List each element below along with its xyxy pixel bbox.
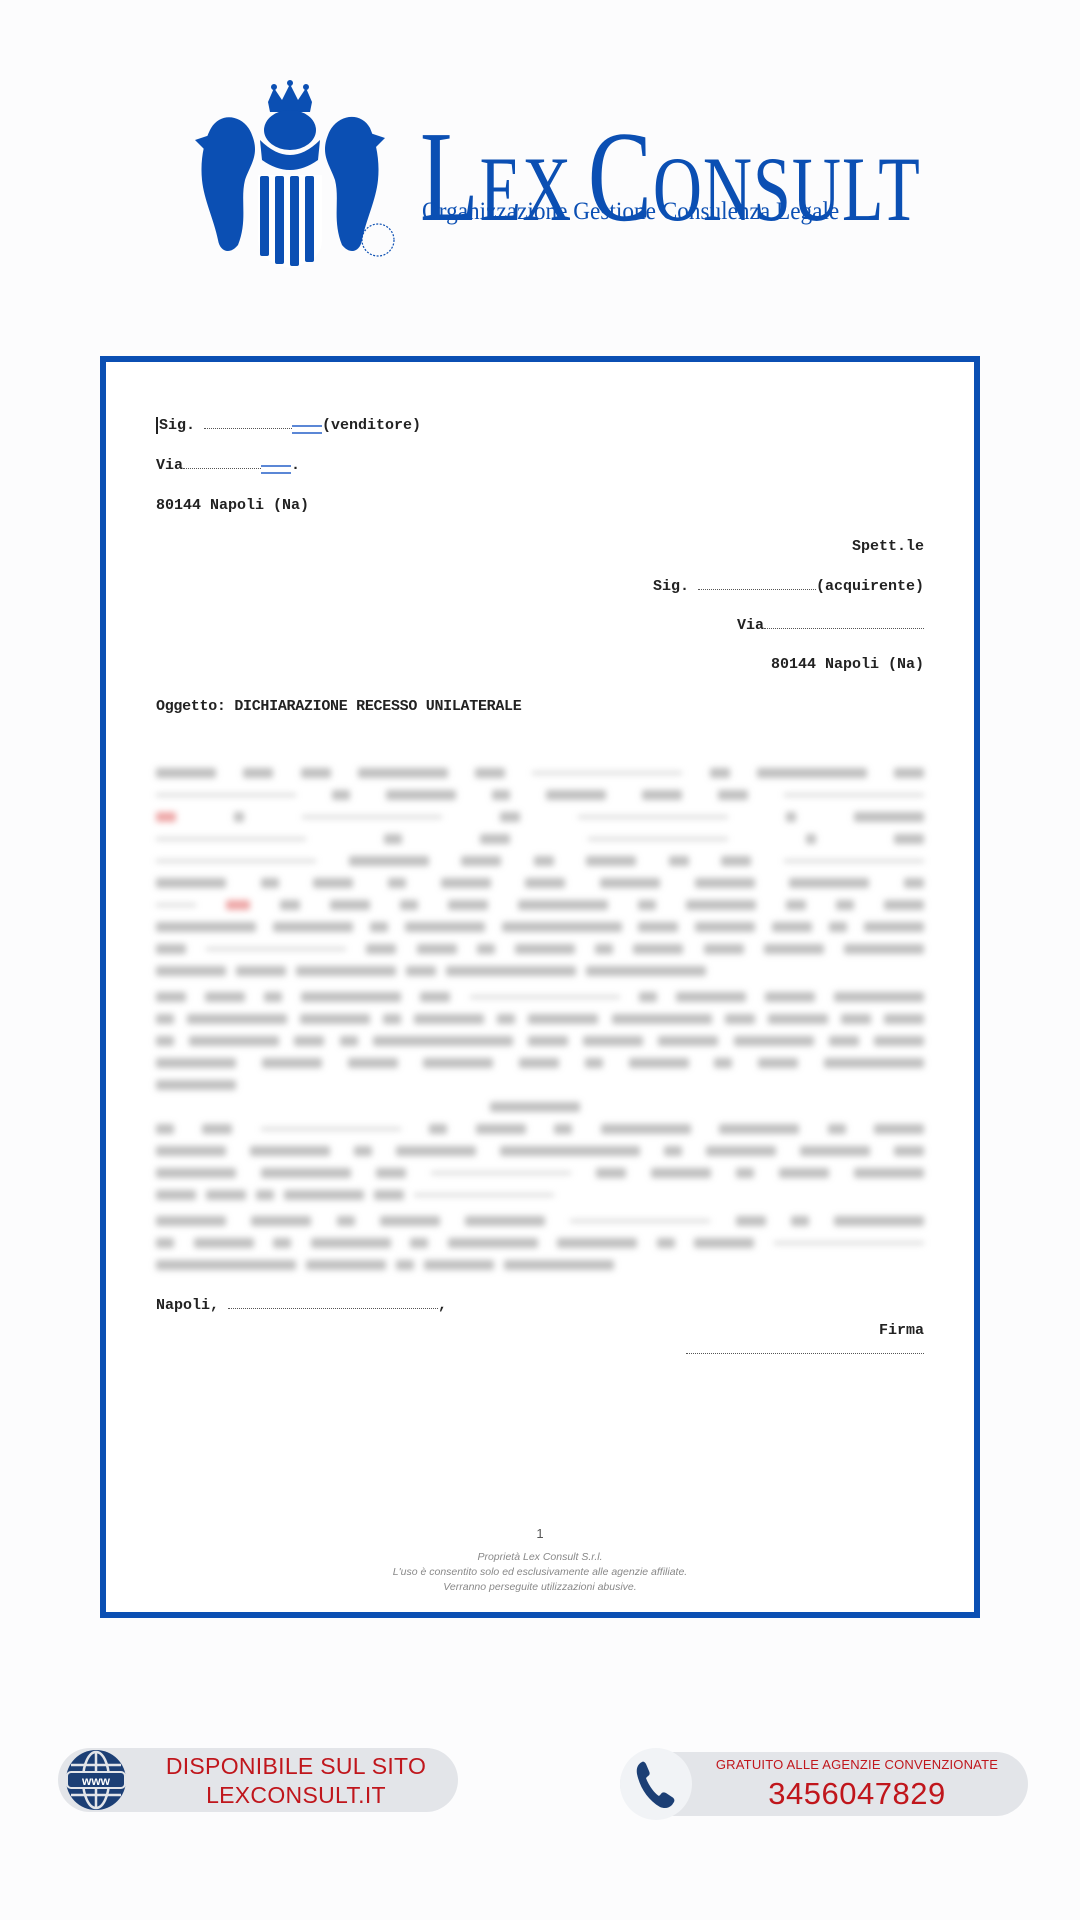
footer-line: Verranno perseguite utilizzazioni abusiv… (156, 1580, 924, 1595)
www-globe-icon: www (60, 1744, 132, 1816)
blank-field (698, 579, 816, 590)
footer-line: Proprietà Lex Consult S.r.l. (156, 1550, 924, 1565)
website-badge-line2[interactable]: LEXCONSULT.IT (146, 1781, 446, 1810)
sender-name-prefix: Sig. (156, 417, 195, 434)
blurred-text-line (156, 1232, 924, 1254)
phone-number[interactable]: 3456047829 (696, 1776, 1018, 1812)
recipient-role: (acquirente) (816, 578, 924, 595)
crest-icon (190, 80, 400, 270)
recipient-city: 80144 Napoli (Na) (771, 656, 924, 673)
footer-line: L'uso è consentito solo ed esclusivament… (156, 1565, 924, 1580)
blurred-text-line (156, 1096, 924, 1118)
phone-badge-caption: GRATUITO ALLE AGENZIE CONVENZIONATE (696, 1757, 1018, 1772)
blurred-text-line (156, 938, 924, 960)
blank-field (764, 618, 924, 629)
place-date-prefix: Napoli, (156, 1297, 219, 1314)
phone-icon (620, 1748, 692, 1820)
blurred-text-line (156, 872, 924, 894)
blurred-text-line (156, 1184, 924, 1206)
website-badge-line1: DISPONIBILE SUL SITO (146, 1752, 446, 1781)
recipient-name-line: Sig. (acquirente) (653, 578, 924, 595)
blurred-text-line (156, 1118, 924, 1140)
blurred-text-line (156, 986, 924, 1008)
blank-field (183, 458, 261, 469)
blurred-text-line (156, 1008, 924, 1030)
blurred-text-line (156, 1030, 924, 1052)
document-preview: Sig. (venditore) Via. 80144 Napoli (Na) … (100, 356, 980, 1618)
brand-tagline: Organizzazione Gestione Consulenza Legal… (422, 198, 839, 226)
sender-city: 80144 Napoli (Na) (156, 497, 309, 514)
blurred-text-line (156, 1052, 924, 1074)
place-date-suffix: , (438, 1297, 447, 1314)
blurred-text-line (156, 850, 924, 872)
blurred-text-line (156, 1140, 924, 1162)
signature-line (686, 1342, 924, 1359)
blurred-text-line (156, 916, 924, 938)
blurred-text-line (156, 960, 924, 982)
blurred-text-line (156, 1254, 924, 1276)
blurred-text-line (156, 1074, 924, 1096)
sender-name-line: Sig. (venditore) (156, 417, 421, 434)
recipient-salutation: Spett.le (852, 538, 924, 555)
date-blank-field (228, 1298, 438, 1309)
phone-badge[interactable]: GRATUITO ALLE AGENZIE CONVENZIONATE 3456… (620, 1752, 1028, 1816)
subject-line: Oggetto: DICHIARAZIONE RECESSO UNILATERA… (156, 698, 521, 715)
signature-label: Firma (879, 1322, 924, 1339)
recipient-street-prefix: Via (737, 617, 764, 634)
website-badge[interactable]: www DISPONIBILE SUL SITO LEXCONSULT.IT (58, 1748, 458, 1812)
blank-field (204, 418, 292, 429)
blurred-body-text (156, 762, 924, 1276)
lex-consult-crest-logo (190, 80, 400, 270)
blurred-text-line (156, 894, 924, 916)
spellcheck-underline (261, 465, 291, 474)
spellcheck-underline (292, 425, 322, 434)
blurred-text-line (156, 806, 924, 828)
sender-role: (venditore) (322, 417, 421, 434)
blurred-text-line (156, 828, 924, 850)
sender-street-line: Via. (156, 457, 300, 474)
blurred-text-line (156, 1210, 924, 1232)
recipient-name-prefix: Sig. (653, 578, 689, 595)
place-date-line: Napoli, , (156, 1297, 447, 1314)
recipient-street-line: Via (737, 617, 924, 634)
blurred-text-line (156, 1162, 924, 1184)
sender-street-prefix: Via (156, 457, 183, 474)
svg-text:www: www (81, 1774, 111, 1788)
blurred-text-line (156, 784, 924, 806)
blurred-text-line (156, 762, 924, 784)
website-badge-text: DISPONIBILE SUL SITO LEXCONSULT.IT (146, 1752, 446, 1810)
signature-blank-field (686, 1343, 924, 1354)
sender-street-suffix: . (291, 457, 300, 474)
copyright-footer: Proprietà Lex Consult S.r.l. L'uso è con… (156, 1550, 924, 1595)
page-number: 1 (156, 1526, 924, 1541)
